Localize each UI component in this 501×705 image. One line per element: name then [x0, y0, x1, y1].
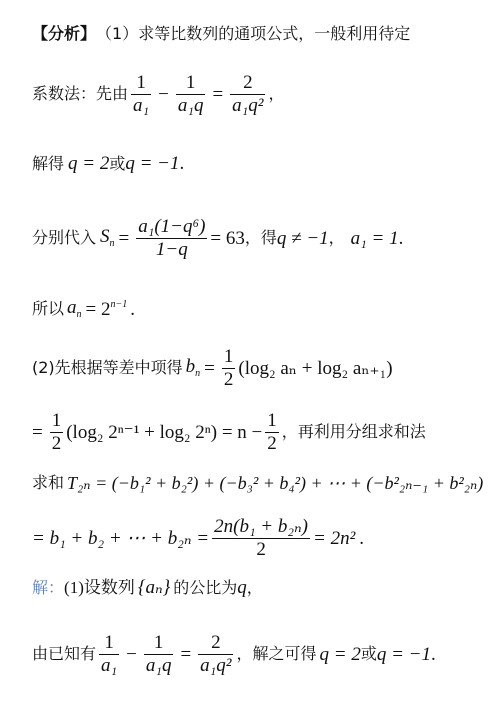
part2-line-2: = 1 2 (log₂ 2ⁿ⁻¹ + log₂ 2ⁿ) = n − 1 2 ，再… — [32, 410, 426, 455]
fraction-1-over-a1q: 1 a₁q — [176, 72, 206, 117]
part2-line-3: 求和 T₂ₙ = (−b₁² + b₂²) + (−b₃² + b₄²) + ⋯… — [32, 474, 483, 492]
solution-line-2: 由已知有 1 a₁ − 1 a₁q = 2 a₁q² ，解之可得 q = 2 或… — [32, 632, 436, 677]
fraction-2-over-a1q2: 2 a₁q² — [230, 72, 265, 117]
fraction-1-over-a1: 1 a₁ — [131, 72, 151, 117]
solution-line-1: 解 ： (1)设数列 {aₙ} 的公比为 q ， — [32, 578, 263, 597]
analysis-header: 【分析】 — [32, 26, 96, 42]
analysis-line-1: 【分析】 （1）求等比数列的通项公式，一般利用待定 — [32, 26, 410, 42]
equation-q-neg1: q = −1 — [125, 154, 179, 173]
part2-line-1: (2)先根据等差中项得 bn = 1 2 (log₂ aₙ + log₂ aₙ₊… — [32, 346, 393, 391]
analysis-line-3: 解得 q = 2 或 q = −1 . — [32, 154, 184, 173]
analysis-text-1: （1）求等比数列的通项公式，一般利用待定 — [96, 26, 410, 42]
analysis-text-2: 系数法：先由 — [32, 86, 128, 102]
fraction-sn: a₁(1−q⁶) 1−q — [136, 216, 207, 261]
analysis-line-2: 系数法：先由 1 a₁ − 1 a₁q = 2 a₁q² ， — [32, 72, 285, 117]
fraction-half: 1 2 — [222, 346, 236, 391]
part2-line-4: = b₁ + b₂ + ⋯ + b₂ₙ = 2n(b₁ + b₂ₙ) 2 = 2… — [32, 516, 364, 561]
analysis-line-5: 所以 an = 2n−1 . — [32, 298, 135, 320]
solution-label: 解 — [32, 580, 48, 596]
analysis-line-4: 分别代入 Sn = a₁(1−q⁶) 1−q = 63 ，得 q ≠ −1 ， … — [32, 216, 403, 261]
equation-q-2: q = 2 — [68, 154, 109, 173]
